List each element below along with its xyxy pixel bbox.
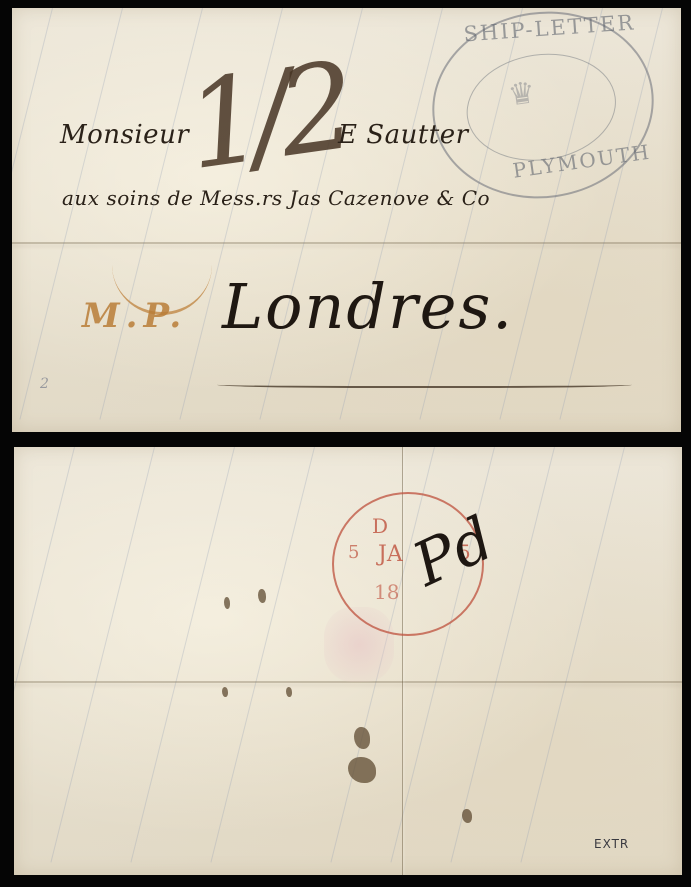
ink-stain	[222, 687, 228, 697]
ink-stain	[286, 687, 292, 697]
rate-marking: 1/2	[178, 38, 353, 198]
address-line-2: aux soins de Mess.rs Jas Cazenove & Co	[62, 186, 490, 210]
crown-icon: ♛	[506, 75, 538, 113]
destination-city: Londres.	[222, 270, 514, 343]
postmark-top-text: SHIP-LETTER	[463, 10, 636, 46]
datestamp-letter: D	[372, 514, 388, 538]
datestamp-month: JA	[378, 542, 403, 567]
salutation: Monsieur	[60, 120, 189, 150]
cover-front: ♛ SHIP-LETTER PLYMOUTH 1/2 Monsieur E Sa…	[12, 8, 681, 432]
datestamp-day: 5	[348, 542, 359, 563]
ink-stain	[354, 727, 370, 749]
ship-letter-postmark: ♛ SHIP-LETTER PLYMOUTH	[420, 8, 666, 213]
cover-back: D 5 JA 5 18 Pd EXTR	[14, 447, 682, 875]
ink-stain	[462, 809, 472, 823]
datestamp-year: 18	[374, 580, 399, 604]
address-line-1: Monsieur E Sautter	[60, 120, 469, 150]
addressee-name: E Sautter	[338, 120, 469, 150]
pencil-note: 2	[40, 376, 49, 392]
destination-underline	[217, 380, 632, 388]
mp-text: M.P.	[82, 296, 187, 336]
ink-stain	[224, 597, 230, 609]
fold-line	[12, 242, 681, 244]
ink-stain	[348, 757, 376, 783]
ink-stain	[258, 589, 266, 603]
inventory-note: EXTR	[594, 837, 629, 851]
